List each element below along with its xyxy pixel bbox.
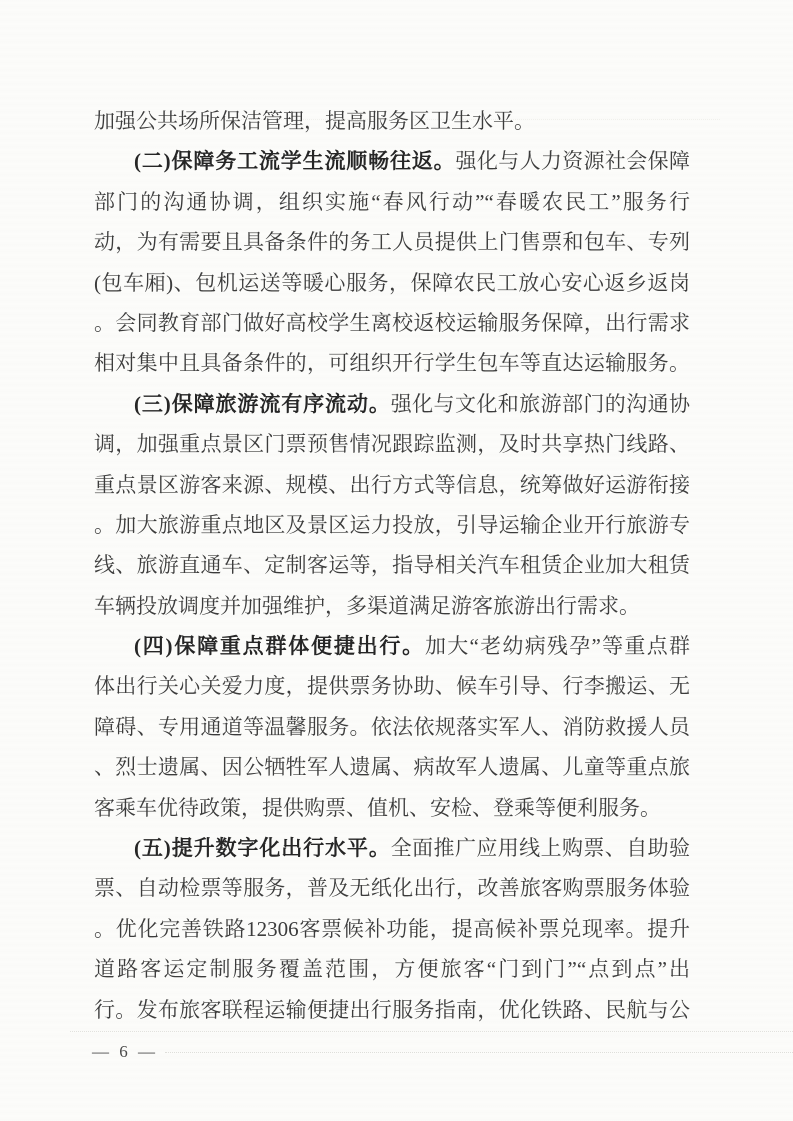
document-page: 加强公共场所保洁管理，提高服务区卫生水平。 (二)保障务工流学生流顺畅往返。强化… — [0, 0, 793, 1121]
paragraph-heading-line: (四)保障重点群体便捷出行。加大“老幼病残孕”等重点群 — [94, 626, 690, 666]
section-heading: (五)提升数字化出行水平。 — [134, 836, 391, 860]
line-text: 重点景区游客来源、规模、出行方式等信息，统筹做好运游衔接 — [94, 473, 690, 497]
section-heading: (三)保障旅游流有序流动。 — [134, 392, 391, 416]
line-text: 体出行关心关爱力度，提供票务协助、候车引导、行李搬运、无 — [94, 674, 690, 698]
text-line: 道路客运定制服务覆盖范围，方便旅客“门到门”“点到点”出 — [94, 949, 690, 989]
line-text: 强化与人力资源社会保障 — [456, 149, 690, 173]
line-text: 加强公共场所保洁管理，提高服务区卫生水平。 — [94, 109, 535, 133]
text-line: (包车厢)、包机运送等暖心服务，保障农民工放心安心返乡返岗 — [94, 263, 690, 303]
text-line: 。优化完善铁路12306客票候补功能，提高候补票兑现率。提升 — [94, 909, 690, 949]
text-line: 票、自动检票等服务，普及无纸化出行，改善旅客购票服务体验 — [94, 868, 690, 908]
text-line: 、烈士遗属、因公牺牲军人遗属、病故军人遗属、儿童等重点旅 — [94, 747, 690, 787]
line-text: 。加大旅游重点地区及景区运力投放，引导运输企业开行旅游专 — [94, 513, 690, 537]
line-text: 客乘车优待政策，提供购票、值机、安检、登乘等便利服务。 — [94, 796, 661, 820]
line-text: 票、自动检票等服务，普及无纸化出行，改善旅客购票服务体验 — [94, 876, 690, 900]
page-number: — 6 — — [92, 1042, 158, 1062]
line-text: 道路客运定制服务覆盖范围，方便旅客“门到门”“点到点”出 — [94, 957, 690, 981]
section-heading: (二)保障务工流学生流顺畅往返。 — [134, 149, 456, 173]
paragraph-heading-line: (三)保障旅游流有序流动。强化与文化和旅游部门的沟通协 — [94, 384, 690, 424]
text-line: 部门的沟通协调，组织实施“春风行动”“春暖农民工”服务行 — [94, 182, 690, 222]
text-line: 动，为有需要且具备条件的务工人员提供上门售票和包车、专列 — [94, 222, 690, 262]
line-text: 调，加强重点景区门票预售情况跟踪监测，及时共享热门线路、 — [94, 432, 690, 456]
line-text: 、烈士遗属、因公牺牲军人遗属、病故军人遗属、儿童等重点旅 — [94, 755, 690, 779]
text-line: 调，加强重点景区门票预售情况跟踪监测，及时共享热门线路、 — [94, 424, 690, 464]
text-line: 。会同教育部门做好高校学生离校返校运输服务保障，出行需求 — [94, 303, 690, 343]
text-line: 车辆投放调度并加强维护，多渠道满足游客旅游出行需求。 — [94, 586, 690, 626]
text-line: 重点景区游客来源、规模、出行方式等信息，统筹做好运游衔接 — [94, 465, 690, 505]
line-text: 强化与文化和旅游部门的沟通协 — [391, 392, 690, 416]
text-line: 体出行关心关爱力度，提供票务协助、候车引导、行李搬运、无 — [94, 666, 690, 706]
line-text: 线、旅游直通车、定制客运等，指导相关汽车租赁企业加大租赁 — [94, 553, 690, 577]
text-line: 障碍、专用通道等温馨服务。依法依规落实军人、消防救援人员 — [94, 707, 690, 747]
line-text: 全面推广应用线上购票、自助验 — [391, 836, 690, 860]
line-text: 车辆投放调度并加强维护，多渠道满足游客旅游出行需求。 — [94, 594, 640, 618]
text-line: 客乘车优待政策，提供购票、值机、安检、登乘等便利服务。 — [94, 788, 690, 828]
line-text: 行。发布旅客联程运输便捷出行服务指南，优化铁路、民航与公 — [94, 998, 690, 1022]
text-line: 行。发布旅客联程运输便捷出行服务指南，优化铁路、民航与公 — [94, 990, 690, 1030]
paragraph-heading-line: (五)提升数字化出行水平。全面推广应用线上购票、自助验 — [94, 828, 690, 868]
text-line: 。加大旅游重点地区及景区运力投放，引导运输企业开行旅游专 — [94, 505, 690, 545]
line-text: (包车厢)、包机运送等暖心服务，保障农民工放心安心返乡返岗 — [94, 271, 690, 295]
document-body: 加强公共场所保洁管理，提高服务区卫生水平。 (二)保障务工流学生流顺畅往返。强化… — [94, 101, 690, 1030]
text-line: 线、旅游直通车、定制客运等，指导相关汽车租赁企业加大租赁 — [94, 545, 690, 585]
line-text: 。优化完善铁路12306客票候补功能，提高候补票兑现率。提升 — [94, 917, 690, 941]
line-text: 相对集中且具备条件的，可组织开行学生包车等直达运输服务。 — [94, 351, 690, 375]
line-text: 部门的沟通协调，组织实施“春风行动”“春暖农民工”服务行 — [94, 190, 690, 214]
line-text: 障碍、专用通道等温馨服务。依法依规落实军人、消防救援人员 — [94, 715, 690, 739]
scan-artifact-line — [165, 1052, 793, 1053]
section-heading: (四)保障重点群体便捷出行。 — [134, 634, 425, 658]
paragraph-heading-line: (二)保障务工流学生流顺畅往返。强化与人力资源社会保障 — [94, 141, 690, 181]
line-text: 动，为有需要且具备条件的务工人员提供上门售票和包车、专列 — [94, 230, 690, 254]
line-text: 加大“老幼病残孕”等重点群 — [425, 634, 690, 658]
text-line: 加强公共场所保洁管理，提高服务区卫生水平。 — [94, 101, 690, 141]
text-line: 相对集中且具备条件的，可组织开行学生包车等直达运输服务。 — [94, 343, 690, 383]
scan-artifact-line — [70, 1031, 793, 1032]
line-text: 。会同教育部门做好高校学生离校返校运输服务保障，出行需求 — [94, 311, 690, 335]
